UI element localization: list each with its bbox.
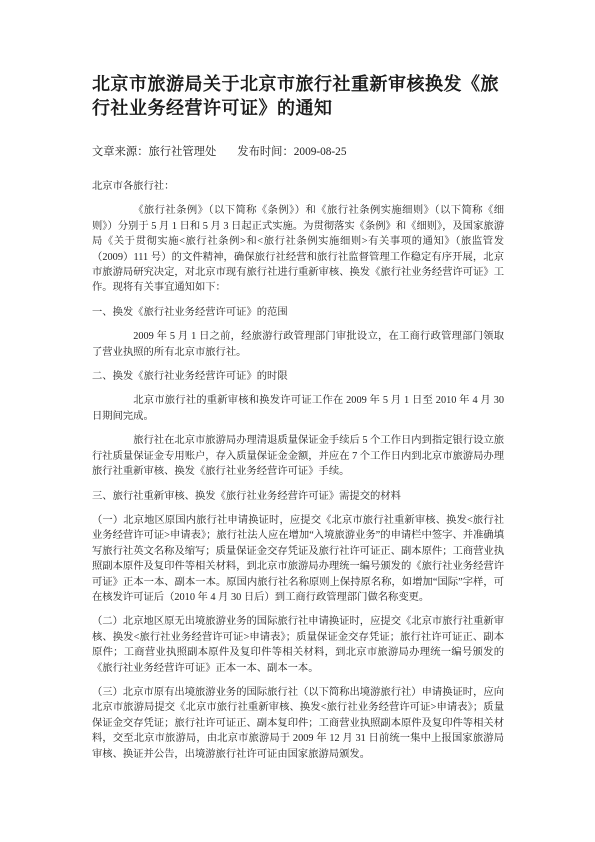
section-3-item-1: （一）北京地区原国内旅行社申请换证时，应提交《北京市旅行社重新审核、换发<旅行社… [92, 513, 504, 605]
document-title-line-2: 行社业务经营许可证》的通知 [92, 96, 504, 120]
section-2-heading: 二、换发《旅行社业务经营许可证》的时限 [92, 369, 504, 384]
document-meta: 文章来源：旅行社管理处 发布时间：2009-08-25 [92, 145, 504, 160]
section-3-heading: 三、旅行社重新审核、换发《旅行社业务经营许可证》需提交的材料 [92, 489, 504, 504]
section-1-heading: 一、换发《旅行社业务经营许可证》的范围 [92, 305, 504, 320]
meta-published: 发布时间：2009-08-25 [237, 145, 346, 160]
meta-source: 文章来源：旅行社管理处 [92, 145, 216, 160]
section-3-item-3: （三）北京市原有出境旅游业务的国际旅行社（以下简称出境游旅行社）申请换证时，应向… [92, 685, 504, 762]
section-2-paragraph-2: 旅行社在北京市旅游局办理清退质量保证金手续后 5 个工作日内到指定银行设立旅行社… [92, 433, 504, 479]
salutation: 北京市各旅行社： [92, 179, 504, 194]
section-1-paragraph: 2009 年 5 月 1 日之前，经旅游行政管理部门审批设立，在工商行政管理部门… [92, 329, 504, 360]
section-2-paragraph-1: 北京市旅行社的重新审核和换发许可证工作在 2009 年 5 月 1 日至 201… [92, 393, 504, 424]
document-body: 北京市各旅行社： 《旅行社条例》（以下简称《条例》）和《旅行社条例实施细则》（以… [92, 179, 504, 762]
document-title: 北京市旅游局关于北京市旅行社重新审核换发《旅 行社业务经营许可证》的通知 [92, 72, 504, 120]
document-page: 北京市旅游局关于北京市旅行社重新审核换发《旅 行社业务经营许可证》的通知 文章来… [0, 0, 595, 842]
intro-paragraph: 《旅行社条例》（以下简称《条例》）和《旅行社条例实施细则》（以下简称《细则》）分… [92, 203, 504, 295]
document-title-line-1: 北京市旅游局关于北京市旅行社重新审核换发《旅 [92, 72, 504, 96]
document-content: 北京市旅游局关于北京市旅行社重新审核换发《旅 行社业务经营许可证》的通知 文章来… [0, 0, 595, 762]
section-3-item-2: （二）北京地区原无出境旅游业务的国际旅行社申请换证时，应提交《北京市旅行社重新审… [92, 614, 504, 676]
